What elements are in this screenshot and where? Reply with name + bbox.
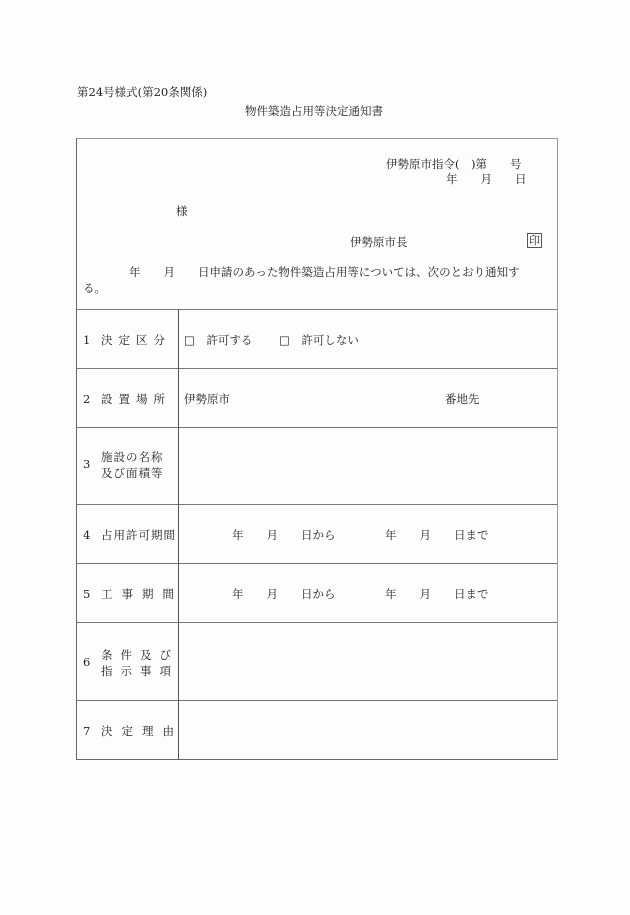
row-divider bbox=[77, 427, 557, 428]
issuer-name: 伊勢原市長 bbox=[350, 234, 408, 250]
row-divider bbox=[77, 309, 557, 310]
row-decision-type: 1 決定区分 bbox=[83, 332, 171, 348]
occupancy-period-to: 年 月 日まで bbox=[385, 527, 489, 543]
form-number-label: 第24号様式(第20条関係) bbox=[77, 84, 207, 100]
notice-form-table: 伊勢原市指令( )第 号 年 月 日 様 伊勢原市長 印 年 月 日申請のあった… bbox=[76, 138, 558, 760]
permit-checkbox[interactable]: □ 許可する bbox=[184, 332, 252, 348]
location-city: 伊勢原市 bbox=[184, 391, 230, 407]
occupancy-period-from: 年 月 日から bbox=[232, 527, 336, 543]
row-conditions-num: 6 bbox=[83, 655, 90, 669]
row-divider bbox=[77, 622, 557, 623]
row-decision-reason: 7 決定理由 bbox=[83, 723, 183, 739]
notice-body-line2: る。 bbox=[83, 280, 106, 296]
row-divider bbox=[77, 700, 557, 701]
column-divider bbox=[178, 309, 179, 759]
row-construction-period: 5 工事期間 bbox=[83, 586, 183, 602]
issue-date: 年 月 日 bbox=[446, 171, 527, 187]
notice-body-line1: 年 月 日申請のあった物件築造占用等については、次のとおり通知す bbox=[83, 264, 520, 280]
reference-number: 伊勢原市指令( )第 号 bbox=[386, 156, 521, 172]
row-facility-name-area: 施設の名称 及び面積等 bbox=[101, 449, 164, 481]
row-conditions-instructions: 条件及び 指示事項 bbox=[101, 647, 179, 679]
addressee-suffix: 様 bbox=[176, 203, 188, 219]
row-divider bbox=[77, 504, 557, 505]
row-occupancy-permit-period: 4 占用許可期間 bbox=[83, 527, 176, 543]
row-divider bbox=[77, 563, 557, 564]
deny-checkbox[interactable]: □ 許可しない bbox=[279, 332, 359, 348]
construction-period-to: 年 月 日まで bbox=[385, 586, 489, 602]
document-title: 物件築造占用等決定通知書 bbox=[245, 103, 383, 119]
row-installation-location: 2 設置場所 bbox=[83, 391, 171, 407]
location-lot-suffix: 番地先 bbox=[445, 391, 480, 407]
seal-mark: 印 bbox=[527, 233, 542, 248]
row-facility-name-area-num: 3 bbox=[83, 457, 90, 471]
construction-period-from: 年 月 日から bbox=[232, 586, 336, 602]
row-divider bbox=[77, 368, 557, 369]
